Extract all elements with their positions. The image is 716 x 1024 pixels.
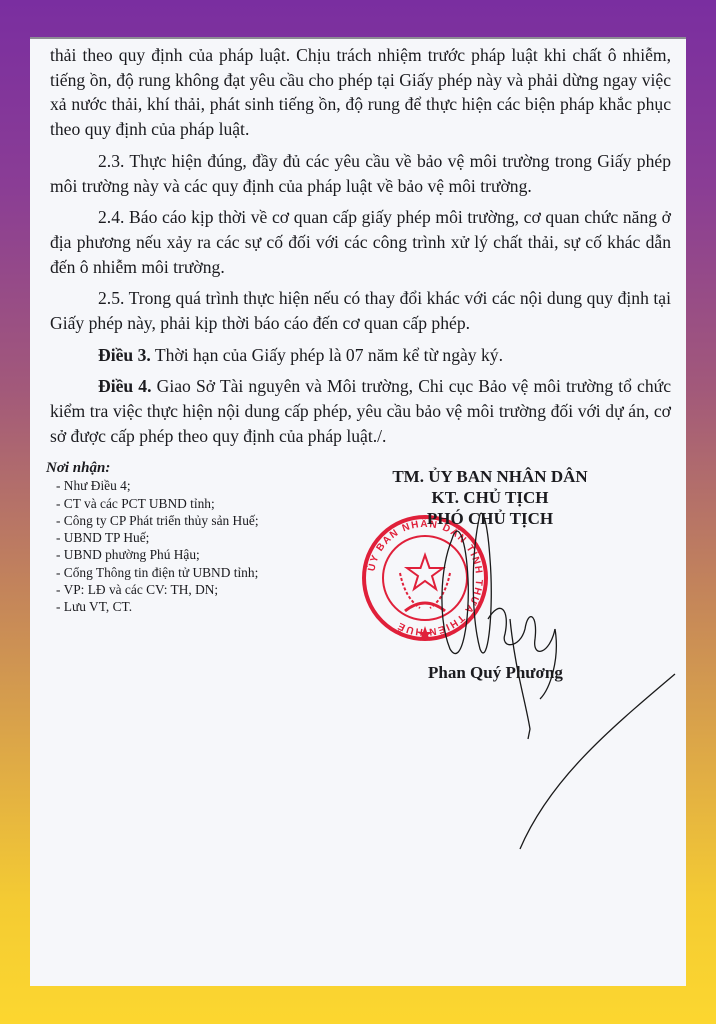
recipient-item: - UBND TP Huế; [56,529,259,546]
paragraph-text: 2.3. Thực hiện đúng, đầy đủ các yêu cầu … [50,151,671,196]
article-label: Điều 3. [98,345,151,365]
recipients-block: Nơi nhận: - Như Điều 4; - CT và các PCT … [46,460,259,616]
signer-name: Phan Quý Phương [428,663,563,683]
paragraph-text: 2.5. Trong quá trình thực hiện nếu có th… [50,288,671,333]
recipient-item: - Như Điều 4; [56,477,259,494]
recipients-title: Nơi nhận: [46,460,259,477]
signature-line-3: PHÓ CHỦ TỊCH [370,508,610,529]
signature-line-2: KT. CHỦ TỊCH [370,487,610,508]
document-page: thải theo quy định của pháp luật. Chịu t… [30,37,686,986]
recipients-list: - Như Điều 4; - CT và các PCT UBND tỉnh;… [46,477,259,615]
official-stamp-icon: ỦY BAN NHÂN DÂN TỈNH THỪA THIÊN HUẾ [360,513,490,643]
signature-line-1: TM. ỦY BAN NHÂN DÂN [370,466,610,487]
paragraph-continued: thải theo quy định của pháp luật. Chịu t… [50,43,671,142]
paragraph-2-5: 2.5. Trong quá trình thực hiện nếu có th… [50,286,671,335]
paragraph-text: 2.4. Báo cáo kịp thời về cơ quan cấp giấ… [50,207,671,276]
article-label: Điều 4. [98,376,152,396]
paragraph-2-4: 2.4. Báo cáo kịp thời về cơ quan cấp giấ… [50,205,671,279]
recipient-item: - CT và các PCT UBND tỉnh; [56,495,259,512]
recipient-item: - UBND phường Phú Hậu; [56,546,259,563]
recipient-item: - Lưu VT, CT. [56,598,259,615]
article-4: Điều 4. Giao Sở Tài nguyên và Môi trường… [50,374,671,448]
signature-block: TM. ỦY BAN NHÂN DÂN KT. CHỦ TỊCH PHÓ CHỦ… [370,466,610,529]
paragraph-2-3: 2.3. Thực hiện đúng, đầy đủ các yêu cầu … [50,149,671,198]
paragraph-text: Thời hạn của Giấy phép là 07 năm kể từ n… [151,345,503,365]
recipient-item: - VP: LĐ và các CV: TH, DN; [56,581,259,598]
paragraph-text: thải theo quy định của pháp luật. Chịu t… [50,45,671,139]
document-body: thải theo quy định của pháp luật. Chịu t… [50,43,671,449]
recipient-item: - Công ty CP Phát triển thủy sản Huế; [56,512,259,529]
recipient-item: - Cổng Thông tin điện tử UBND tỉnh; [56,564,259,581]
article-3: Điều 3. Thời hạn của Giấy phép là 07 năm… [50,343,671,368]
